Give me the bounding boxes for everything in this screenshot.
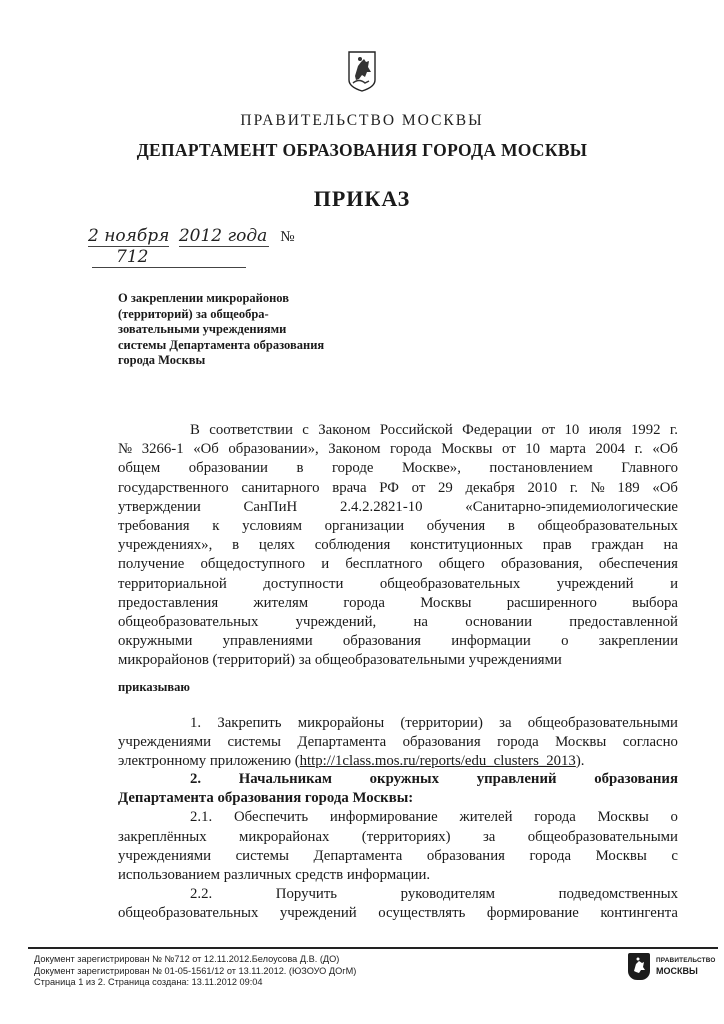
subject-line: системы Департамента образования [118, 338, 378, 354]
clusters-link[interactable]: http://1class.mos.ru/reports/edu_cluster… [300, 753, 576, 769]
logo-text: МОСКВЫ [656, 966, 698, 976]
moscow-coat-of-arms-icon [347, 50, 377, 92]
footer-divider [28, 947, 718, 949]
text-line: утвержденииСанПиН2.4.2.2821-10«Санитарно… [118, 498, 678, 517]
footer-line: Документ зарегистрирован № 01-05-1561/12… [34, 966, 356, 978]
text-line: территориальнойдоступностиобщеобразовате… [118, 575, 678, 594]
date-day-month: 2 ноября [88, 226, 169, 247]
text-line: 2.2.Поручитьруководителямподведомственны… [118, 885, 678, 904]
text-fragment: электронному приложению ( [118, 753, 300, 769]
subject-line: О закреплении микрорайонов [118, 291, 378, 307]
text-line: 2.1.Обеспечитьинформированиежителейгород… [118, 808, 678, 827]
item-heading-line: 2.Начальникамокружныхуправленийобразован… [118, 770, 678, 789]
text-line: учреждениямисистемыДепартаментаобразован… [118, 847, 678, 866]
logo-text: ПРАВИТЕЛЬСТВО [656, 957, 716, 964]
subject-line: (территорий) за общеобра- [118, 307, 378, 323]
text-line: общемобразованиивгородеМоскве»,постановл… [118, 459, 678, 478]
order-number: 712 [92, 247, 246, 268]
text-line: общеобразовательныхучреждений,наосновани… [118, 613, 678, 632]
date-number-line: 2 ноября 2012 года № 712 [88, 226, 428, 254]
text-line: учреждениямисистемыДепартаментаобразован… [118, 733, 678, 752]
text-line: получениеобщедоступногоибесплатногообщег… [118, 555, 678, 574]
text-line: электронному приложению (http://1class.m… [118, 752, 678, 771]
subject-line: города Москвы [118, 353, 378, 369]
order-item-1: 1.Закрепитьмикрорайоны(территории)заобще… [118, 714, 678, 772]
text-line: требованиякусловияморганизацииобученияво… [118, 517, 678, 536]
text-line: №3266-1«Обобразовании»,ЗакономгородаМоск… [118, 440, 678, 459]
text-line: ВсоответствиисЗакономРоссийскойФедерации… [118, 421, 678, 440]
government-title: ПРАВИТЕЛЬСТВО МОСКВЫ [0, 112, 724, 130]
order-word: приказываю [118, 680, 190, 695]
text-line: 1.Закрепитьмикрорайоны(территории)заобще… [118, 714, 678, 733]
document-type-title: ПРИКАЗ [0, 186, 724, 212]
date-year: 2012 года [179, 226, 269, 247]
registration-footer: Документ зарегистрирован № №712 от 12.11… [34, 954, 356, 989]
text-line: закреплённыхмикрорайонах(территориях)зао… [118, 828, 678, 847]
order-item-2: 2.Начальникамокружныхуправленийобразован… [118, 770, 678, 924]
preamble-paragraph: ВсоответствиисЗакономРоссийскойФедерации… [118, 421, 678, 670]
text-line: окружнымиуправлениямиобразованияинформац… [118, 632, 678, 651]
text-line: использованием различных средств информа… [118, 866, 678, 885]
text-fragment: ). [576, 753, 585, 769]
text-line: предоставленияжителямгородаМосквырасшире… [118, 594, 678, 613]
moscow-government-logo: ПРАВИТЕЛЬСТВО МОСКВЫ [628, 953, 718, 981]
text-line: государственногосанитарноговрачаРФот29де… [118, 479, 678, 498]
footer-line: Страница 1 из 2. Страница создана: 13.11… [34, 977, 356, 989]
order-subject: О закреплении микрорайонов (территорий) … [118, 291, 378, 369]
number-sign: № [280, 229, 294, 245]
text-line: микрорайонов (территорий) за общеобразов… [118, 651, 678, 670]
footer-line: Документ зарегистрирован № №712 от 12.11… [34, 954, 356, 966]
subject-line: зовательными учреждениями [118, 322, 378, 338]
text-line: общеобразовательныхучрежденийосуществлят… [118, 904, 678, 923]
moscow-emblem-icon [628, 953, 650, 980]
item-heading-line: Департамента образования города Москвы: [118, 789, 678, 808]
department-title: ДЕПАРТАМЕНТ ОБРАЗОВАНИЯ ГОРОДА МОСКВЫ [0, 140, 724, 161]
text-line: учреждениях»,вцеляхсоблюденияконституцио… [118, 536, 678, 555]
